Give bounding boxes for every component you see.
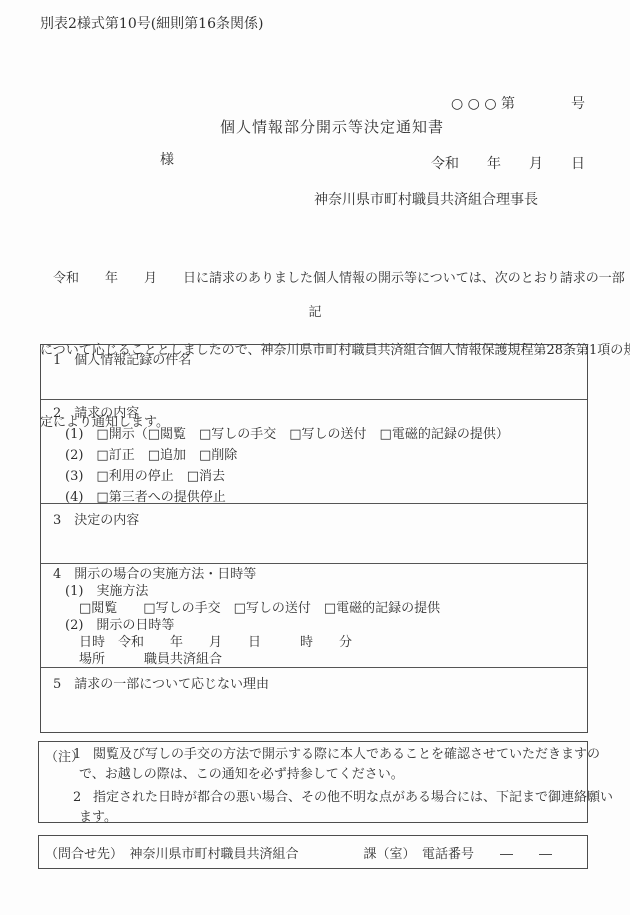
contact-line: （問合せ先） 神奈川県市町村職員共済組合 課（室） 電話番号 ― ― [45,843,587,862]
addressee-suffix: 様 [160,149,174,169]
table-row-decision-content: 3 決定の内容 [41,503,587,563]
contact-box: （問合せ先） 神奈川県市町村職員共済組合 課（室） 電話番号 ― ― [38,835,588,869]
body-line-1: 令和 年 月 日に請求のありました個人情報の開示等については、次のとおり請求の一… [40,267,630,291]
table-row-refusal-reason: 5 請求の一部について応じない理由 [41,667,587,731]
row4-sub1-method-label: (1) 実施方法 [41,583,587,600]
row4-datetime-line: 日時 令和 年 月 日 時 分 [41,634,587,651]
document-date-line: 令和 年 月 日 [431,154,585,174]
note-item-1: 1 閲覧及び写しの手交の方法で開示する際に本人であることを確認させていただきます… [79,745,587,785]
row2-heading: 2 請求の内容 [41,403,587,424]
row4-heading: 4 開示の場合の実施方法・日時等 [41,566,587,583]
row1-heading: 1 個人情報記録の件名 [41,349,587,368]
note-1-line-2: で、お越しの際は、この通知を必ず持参してください。 [79,765,587,785]
table-row-request-content: 2 請求の内容 (1) □開示（□閲覧 □写しの手交 □写しの送付 □電磁的記録… [41,399,587,503]
note-item-2: 2 指定された日時が都合の悪い場合、その他不明な点がある場合には、下記まで御連絡… [79,788,587,828]
request-option-suspension-line: (3) □利用の停止 □消去 [41,466,587,487]
main-table: 1 個人情報記録の件名 2 請求の内容 (1) □開示（□閲覧 □写しの手交 □… [40,344,588,733]
row4-sub2-datetime-label: (2) 開示の日時等 [41,617,587,634]
table-row-disclosure-method: 4 開示の場合の実施方法・日時等 (1) 実施方法 □閲覧 □写しの手交 □写し… [41,563,587,667]
note-2-line-1: 指定された日時が都合の悪い場合、その他不明な点がある場合には、下記まで御連絡願い [79,788,587,808]
notes-box: （注） 1 閲覧及び写しの手交の方法で開示する際に本人であることを確認させていた… [38,741,588,823]
document-title: 個人情報部分開示等決定通知書 [0,116,630,137]
row3-heading: 3 決定の内容 [41,509,587,528]
request-option-correction-line: (2) □訂正 □追加 □削除 [41,445,587,466]
row4-method-options-line: □閲覧 □写しの手交 □写しの送付 □電磁的記録の提供 [41,600,587,617]
request-option-disclosure-line: (1) □開示（□閲覧 □写しの手交 □写しの送付 □電磁的記録の提供） [41,424,587,445]
section-marker: 記 [0,301,630,320]
note-2-line-2: ます。 [79,808,587,828]
table-row-record-title: 1 個人情報記録の件名 [41,345,587,399]
form-reference: 別表2様式第10号(細則第16条関係) [40,13,263,33]
row5-heading: 5 請求の一部について応じない理由 [41,673,587,692]
row4-place-line: 場所 職員共済組合 [41,651,587,667]
note-1-number: 1 [73,745,81,765]
note-1-line-1: 閲覧及び写しの手交の方法で開示する際に本人であることを確認させていただきますの [79,745,587,765]
request-option-thirdparty-line: (4) □第三者への提供停止 [41,487,587,503]
document-number-line: ○ ○ ○ 第 号 [431,94,585,114]
notice-document-page: 別表2様式第10号(細則第16条関係) ○ ○ ○ 第 号 令和 年 月 日 個… [0,0,630,915]
note-2-number: 2 [73,788,81,808]
issuer-name: 神奈川県市町村職員共済組合理事長 [314,189,538,209]
